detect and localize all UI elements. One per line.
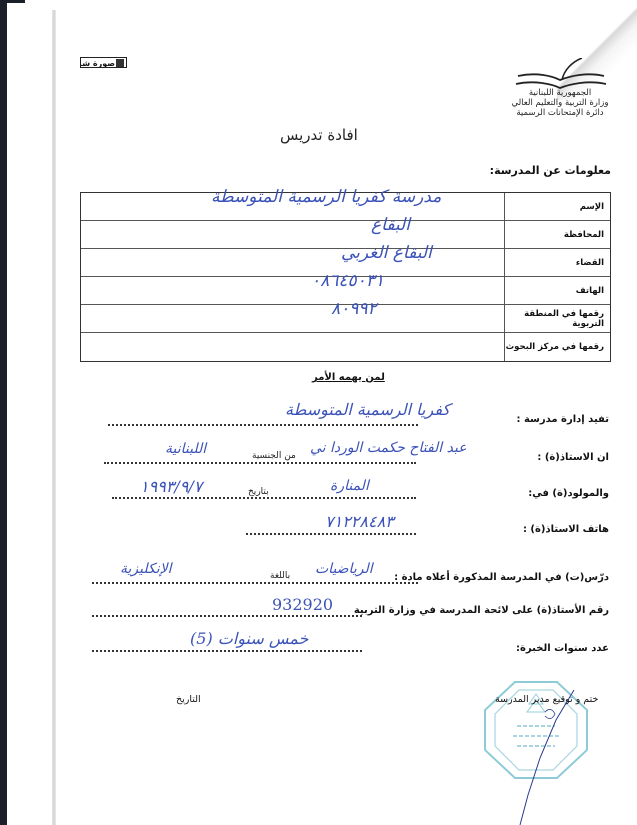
nationality-label: من الجنسية [250, 451, 298, 461]
experience-years-value: خمس سنوات (5) [190, 629, 308, 648]
institution-line-republic: الجمهورية اللبنانية [505, 88, 615, 98]
experience-years-dotted-line [92, 650, 362, 652]
taught-subject-label: درّس(ت) في المدرسة المذكورة أعلاه مادة : [394, 572, 609, 583]
registry-number-dotted-line [92, 615, 362, 617]
table-row: ٨٠٩٩٢ رقمها في المنطقة التربوية [81, 305, 610, 333]
language-label: باللغة [268, 571, 292, 581]
education-zone-number-cell: ٨٠٩٩٢ [81, 305, 504, 332]
school-name-label: الإسم [504, 193, 610, 220]
table-row: مدرسة كفريا الرسمية المتوسطة الإسم [81, 193, 610, 221]
institution-line-ministry: وزارة التربية والتعليم العالي [505, 98, 615, 108]
phone-cell: ٠٨٦٤٥٠٣١ [81, 277, 504, 304]
teacher-phone-value: ٧١٢٢٨٤٨٣ [325, 512, 394, 531]
institution-line-department: دائرة الإمتحانات الرسمية [505, 108, 615, 118]
taught-subject-dotted-line [92, 582, 418, 584]
born-place-value: المنارة [330, 478, 369, 494]
language-value: الإنكليزية [120, 561, 172, 577]
district-cell: البقاع الغربي [81, 249, 504, 276]
school-info-table: مدرسة كفريا الرسمية المتوسطة الإسم البقا… [80, 192, 611, 362]
school-admin-value: كفريا الرسمية المتوسطة [285, 400, 450, 419]
school-name-cell: مدرسة كفريا الرسمية المتوسطة [81, 193, 504, 220]
school-name-value: مدرسة كفريا الرسمية المتوسطة [211, 187, 441, 207]
research-center-number-label: رقمها في مركز البحوث [504, 333, 610, 361]
scan-border-left [0, 0, 7, 825]
school-admin-dotted-line [108, 424, 418, 426]
education-zone-number-label: رقمها في المنطقة التربوية [504, 305, 610, 332]
photo-box-label: صورة شمسية [80, 59, 115, 68]
born-dotted-line [112, 497, 416, 499]
teacher-phone-label: هاتف الاستاذ(ة) : [523, 524, 609, 535]
photo-icon [116, 59, 124, 68]
institution-header: الجمهورية اللبنانية وزارة التربية والتعل… [505, 88, 615, 118]
subject-value: الرياضيات [315, 561, 373, 577]
district-value: البقاع الغربي [341, 243, 432, 263]
principal-signature-label: ختم و توقيع مدير المدرسة [495, 694, 598, 705]
scan-border-top [0, 0, 25, 3]
birth-date-value: ١٩٩٣/٩/٧ [140, 477, 202, 496]
experience-years-label: عدد سنوات الخبرة: [516, 643, 609, 654]
teacher-name-value: عبد الفتاح حكمت الوردا ني [310, 440, 467, 456]
teacher-label: ان الاستاذ(ة) : [537, 452, 609, 463]
to-whom-it-may-concern-heading: لمن يهمه الأمر [312, 372, 385, 383]
table-row: رقمها في مركز البحوث [81, 333, 610, 361]
governorate-value: البقاع [371, 215, 410, 235]
document-title: افادة تدريس [280, 126, 358, 144]
governorate-label: المحافظة [504, 221, 610, 248]
teacher-phone-dotted-line [246, 533, 416, 535]
birth-date-label: بتاريخ [246, 487, 271, 497]
school-info-heading: معلومات عن المدرسة: [490, 164, 611, 177]
research-center-number-cell [81, 333, 504, 361]
open-book-with-quill-icon [512, 58, 608, 90]
born-label: والمولود(ة) في: [528, 488, 609, 499]
education-zone-number-value: ٨٠٩٩٢ [331, 299, 377, 319]
school-admin-label: تفيد إدارة مدرسة : [516, 414, 609, 425]
nationality-value: اللبنانية [165, 441, 206, 457]
page-fold-shadow [52, 10, 56, 825]
footer-date-label: التاريخ [176, 694, 201, 705]
teacher-dotted-line [104, 462, 416, 464]
phone-label: الهاتف [504, 277, 610, 304]
registry-number-label: رقم الأستاذ(ة) على لائحة المدرسة في وزار… [354, 605, 609, 616]
school-phone-value: ٠٨٦٤٥٠٣١ [311, 271, 384, 291]
registry-number-value: 932920 [272, 595, 333, 614]
district-label: القضاء [504, 249, 610, 276]
photo-placeholder-box: صورة شمسية [80, 57, 127, 68]
governorate-cell: البقاع [81, 221, 504, 248]
